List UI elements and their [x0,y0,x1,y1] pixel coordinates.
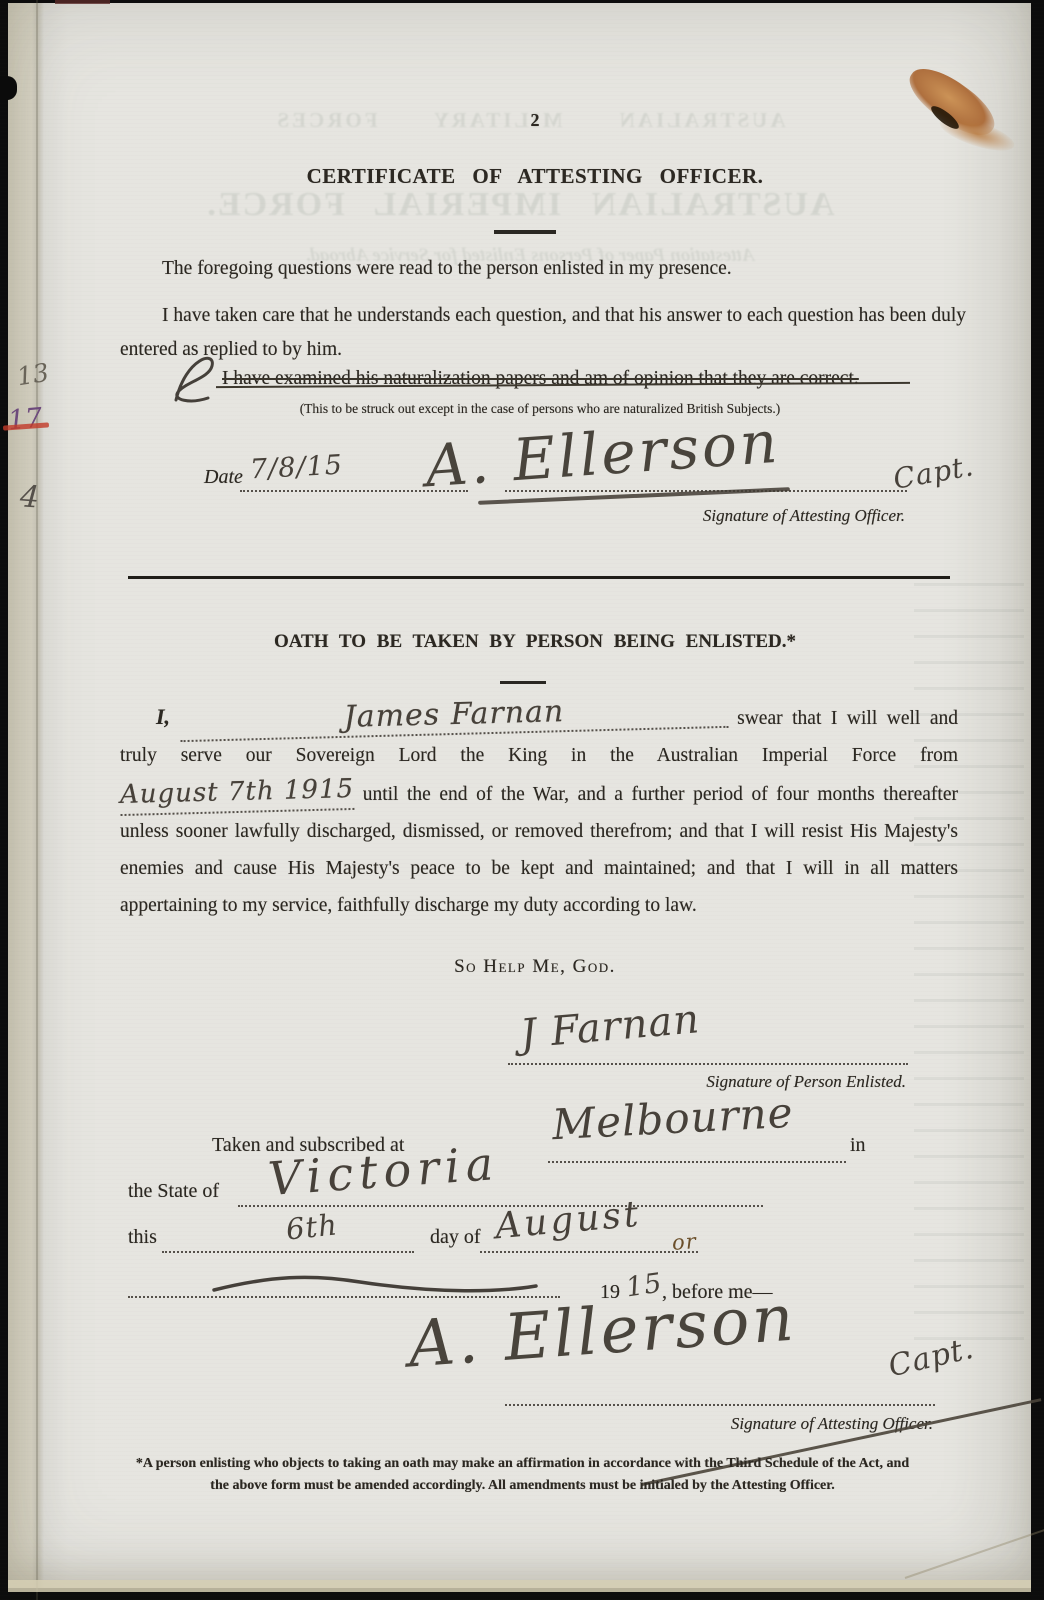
so-help-me-god: So Help Me, God. [40,956,1030,978]
this-label: this [128,1226,157,1249]
title-divider [494,230,556,234]
month-dotted-line [480,1250,698,1253]
scan-edge-notch [0,76,17,100]
enlistee-name-handwritten: James Farnan [179,689,728,742]
page-number: 2 [40,110,1030,131]
enlistment-date-handwritten: August 7th 1915 [120,771,355,816]
struck-clause-note: (This to be struck out except in the cas… [120,401,960,417]
page-title: CERTIFICATE OF ATTESTING OFFICER. [40,164,1030,189]
section-divider-rule [128,576,950,579]
day-dotted-line [162,1250,414,1253]
day-of-label: day of [430,1226,481,1249]
margin-pencil-mark-top: 13 [15,358,51,392]
in-word: in [850,1134,866,1157]
person-signature-dotted-line [508,1062,908,1065]
bleedthrough-texture [914,560,1024,1340]
oath-heading: OATH TO BE TAKEN BY PERSON BEING ENLISTE… [40,631,1030,653]
footnote-line-2: the above form must be amended according… [70,1478,975,1494]
day-handwritten: 6th [284,1207,339,1246]
pen-dash-flourish [210,1272,540,1298]
certificate-paragraph-2: I have taken care that he understands ea… [120,299,966,367]
scanned-document: AUSTRALIAN MILITARY FORCES AUSTRALIAN IM… [0,0,1044,1600]
ghost-title-text: AUSTRALIAN IMPERIAL FORCE. [80,186,960,224]
margin-pencil-mark-bottom: 4 [19,479,40,515]
footnote-line-1: *A person enlisting who objects to takin… [70,1456,975,1472]
place-dotted-line [548,1160,846,1163]
signature-dotted-line-bottom [505,1403,935,1406]
oath-pronoun: I, [156,704,170,729]
page-fold-line [36,0,38,1600]
certificate-paragraph-1: The foregoing questions were read to the… [120,258,962,280]
attesting-signature-label-bottom: Signature of Attesting Officer. [505,1414,933,1434]
state-label: the State of [128,1180,219,1203]
oath-paragraph: I, James Farnan swear that I will well a… [120,696,958,924]
bottom-paper-edge [8,1580,1031,1592]
attesting-signature-label-top: Signature of Attesting Officer. [505,506,905,526]
scan-edge-artifact [55,0,110,4]
date-value-handwritten: 7/8/15 [249,450,343,486]
stray-ink-mark: or [671,1229,697,1255]
person-signature-label: Signature of Person Enlisted. [508,1072,906,1092]
margin-pencil-mark-middle: 17 [7,403,44,437]
date-label: Date [204,466,243,489]
oath-heading-divider [500,681,546,684]
